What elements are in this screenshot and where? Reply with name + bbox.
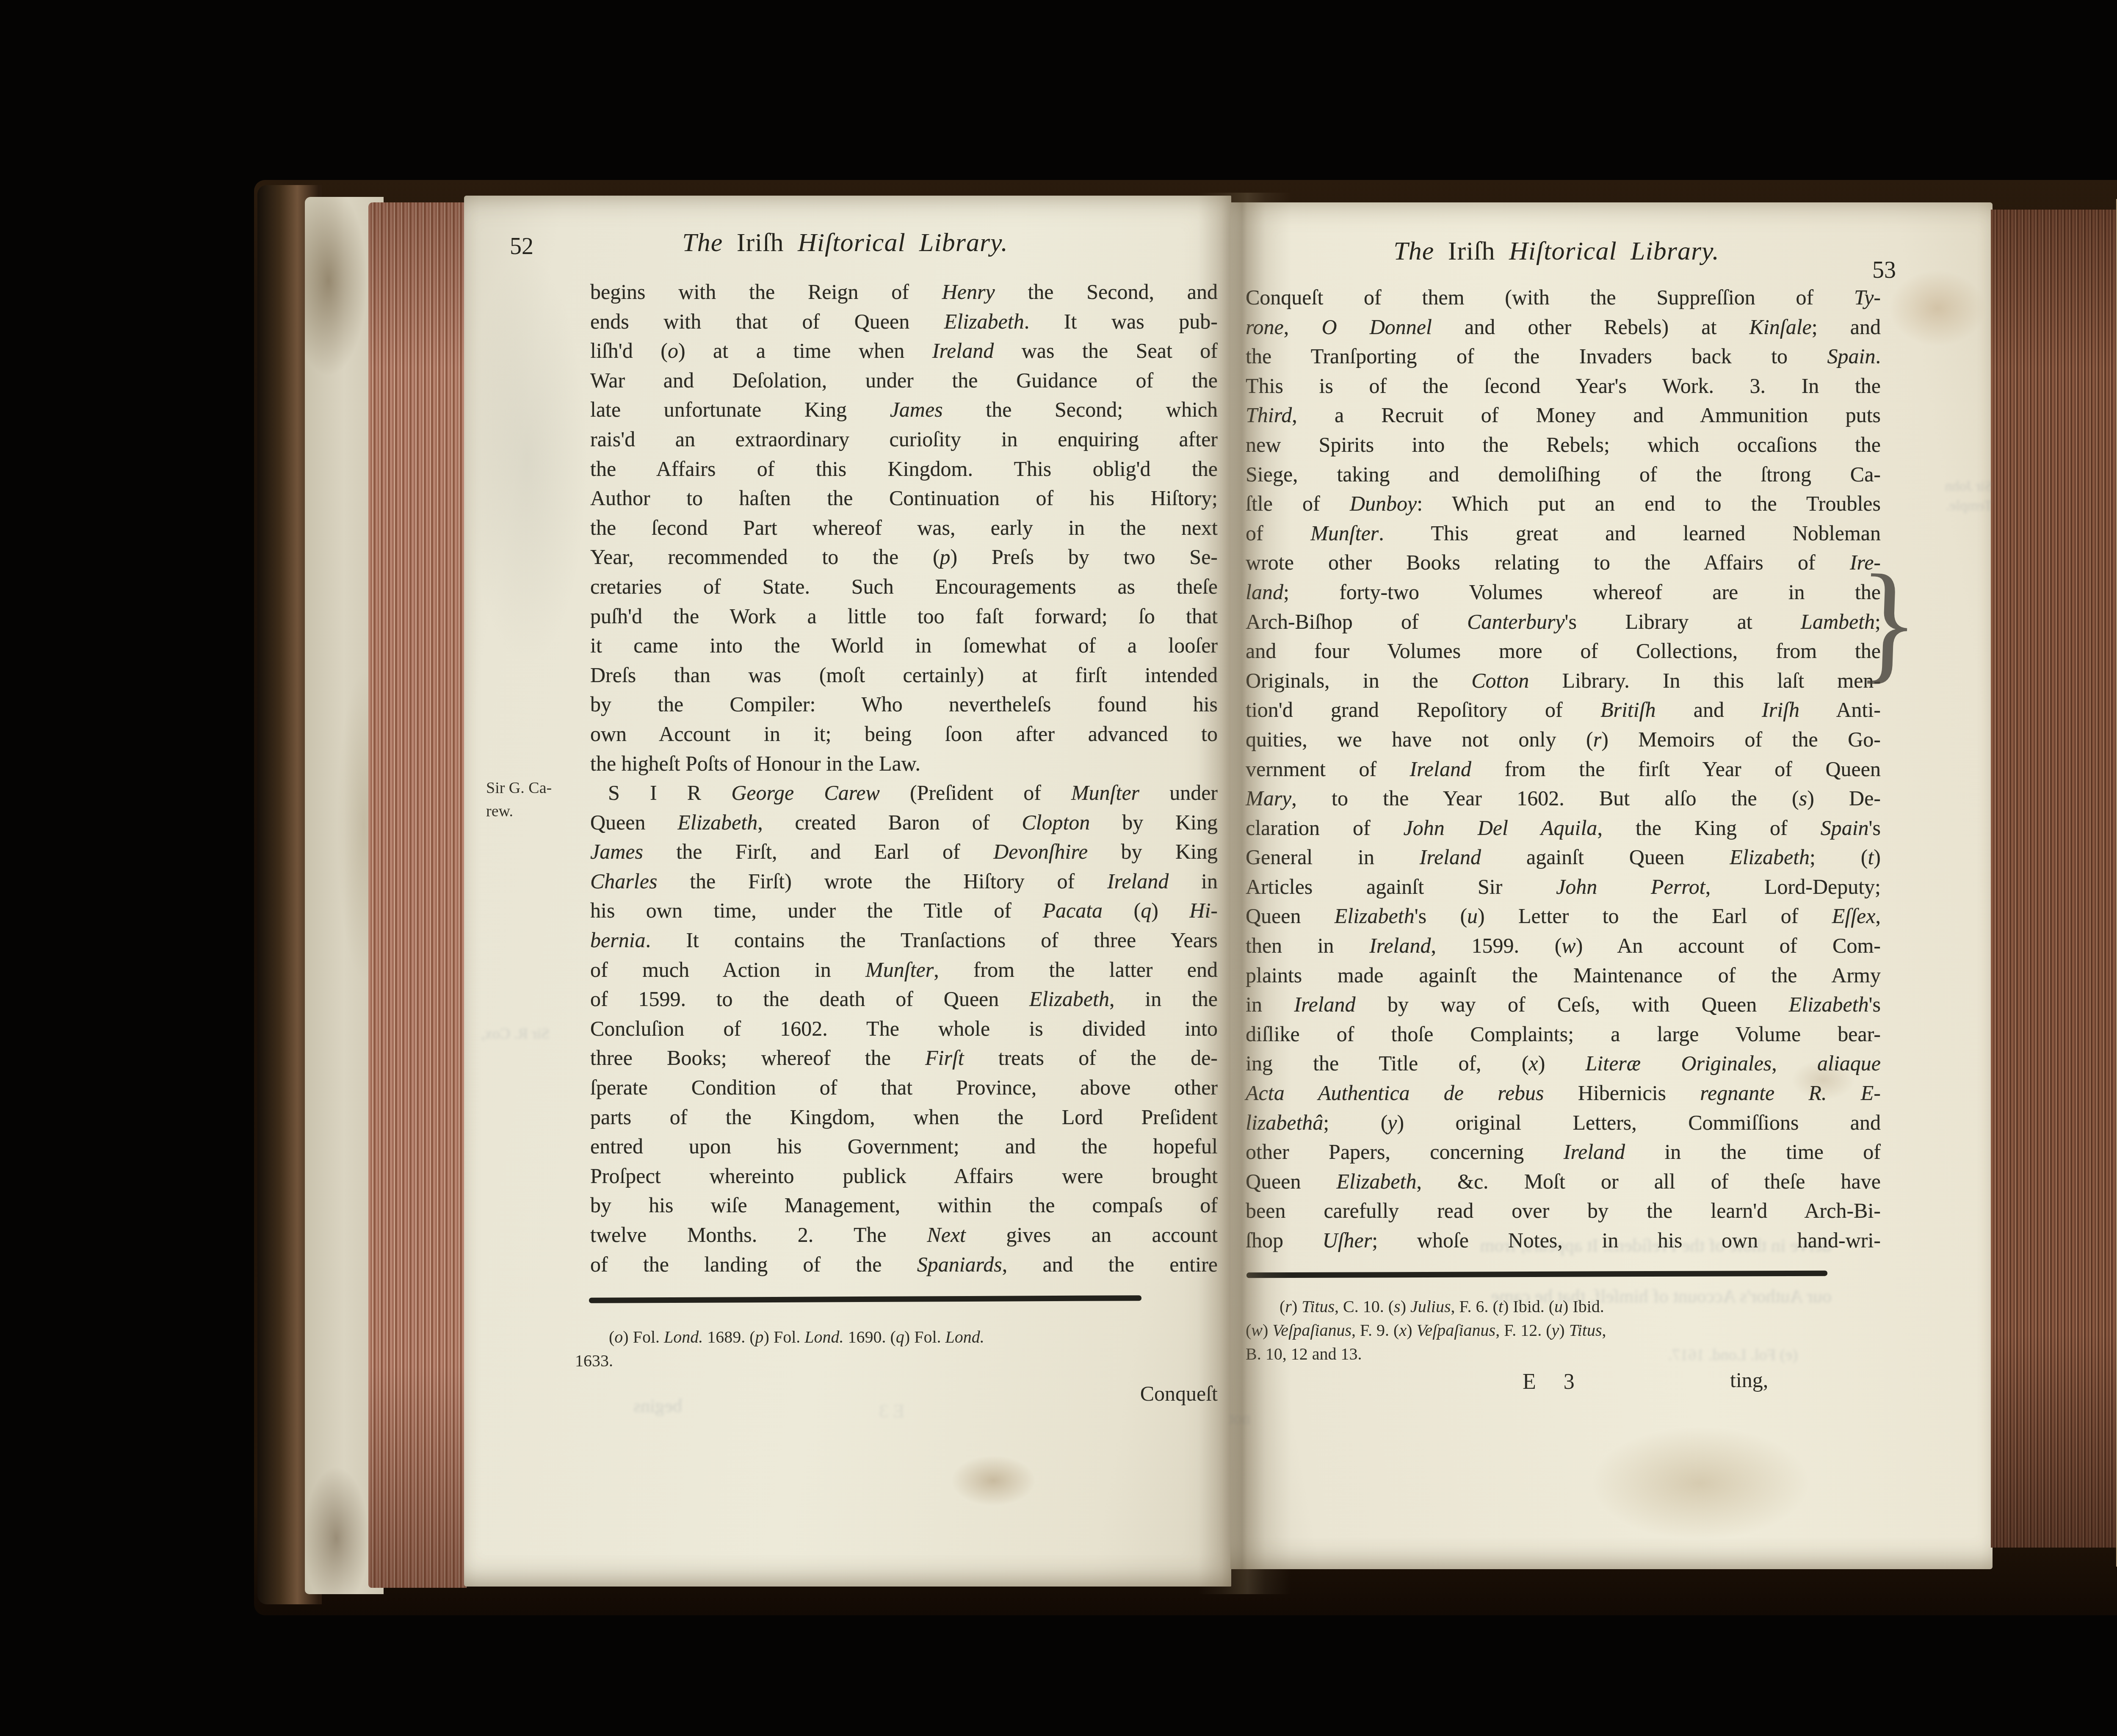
running-title-right: The Iriſh Hiſtorical Library. xyxy=(1294,236,1819,266)
text-line: Articles againſt Sir John Perrot, Lord-D… xyxy=(1246,872,1881,902)
text-line: bernia. It contains the Tranſactions of … xyxy=(590,926,1218,955)
text-line: the Tranſporting of the Invaders back to… xyxy=(1246,342,1881,371)
text-line: of the landing of the Spaniards, and the… xyxy=(590,1250,1218,1280)
text-line: This is of the ſecond Year's Work. 3. In… xyxy=(1246,371,1881,401)
right-fore-edge xyxy=(1991,210,2117,1548)
text-line: of Munſter. This great and learned Noble… xyxy=(1246,519,1881,548)
text-line: of much Action in Munſter, from the latt… xyxy=(590,955,1218,985)
text-line: (r) Titus, C. 10. (s) Julius, F. 6. (t) … xyxy=(1246,1295,1868,1319)
page-right: Sir John Temple. derve in thoſe of the P… xyxy=(1230,202,1993,1569)
running-title-left: The Iriſh Hiſtorical Library. xyxy=(612,228,1078,258)
catchword-right: ting, xyxy=(1730,1368,1768,1392)
text-line: other Papers, concerning Ireland in the … xyxy=(1246,1137,1881,1167)
text-line: ſtle of Dunboy: Which put an end to the … xyxy=(1246,489,1881,519)
text-line: ſperate Condition of that Province, abov… xyxy=(590,1073,1218,1103)
text-line: his own time, under the Title of Pacata … xyxy=(590,896,1218,926)
text-line: liſh'd (o) at a time when Ireland was th… xyxy=(590,336,1218,366)
text-line: Mary, to the Year 1602. But alſo the (s)… xyxy=(1246,784,1881,813)
text-line: Arch-Biſhop of Canterbury's Library at L… xyxy=(1246,607,1881,637)
text-line: Queen Elizabeth, created Baron of Clopto… xyxy=(590,808,1218,838)
text-line: parts of the Kingdom, when the Lord Preſ… xyxy=(590,1103,1218,1132)
text-line: lizabethâ; (y) original Letters, Commiſſ… xyxy=(1246,1108,1881,1138)
handwritten-brace-mark: } xyxy=(1856,554,1921,689)
margin-note-carew: Sir G. Ca-rew. xyxy=(486,777,592,823)
text-line: Acta Authentica de rebus Hibernicis regn… xyxy=(1246,1078,1881,1108)
left-fore-edge xyxy=(368,202,467,1588)
text-line: (w) Veſpaſianus, F. 9. (x) Veſpaſianus, … xyxy=(1246,1319,1868,1342)
text-line: and four Volumes more of Collections, fr… xyxy=(1246,636,1881,666)
text-line: in Ireland by way of Ceſs, with Queen El… xyxy=(1246,990,1881,1020)
text-line: B. 10, 12 and 13. xyxy=(1246,1342,1868,1366)
text-line: ſhop Uſher; whoſe Notes, in his own hand… xyxy=(1246,1226,1881,1255)
text-line: by the Compiler: Who nevertheleſs found … xyxy=(590,690,1218,719)
text-line: vernment of Ireland from the firſt Year … xyxy=(1246,755,1881,784)
text-line: claration of John Del Aquila, the King o… xyxy=(1246,813,1881,843)
text-line: Author to haſten the Continuation of his… xyxy=(590,484,1218,513)
text-line: rew. xyxy=(486,800,592,823)
text-line: then in Ireland, 1599. (w) An account of… xyxy=(1246,931,1881,961)
text-line: late unfortunate King James the Second; … xyxy=(590,395,1218,425)
text-line: Dreſs than was (moſt certainly) at firſt… xyxy=(590,661,1218,690)
text-line: Concluſion of 1602. The whole is divided… xyxy=(590,1014,1218,1044)
text-line: rone, O Donnel and other Rebels) at Kinſ… xyxy=(1246,312,1881,342)
page-left: Sir R. Cox, begins E 3 52 The Iriſh Hiſt… xyxy=(464,196,1231,1587)
footnotes-left: (o) Fol. Lond. 1689. (p) Fol. Lond. 1690… xyxy=(575,1325,1210,1373)
photo-background: Sir R. Cox, begins E 3 52 The Iriſh Hiſt… xyxy=(0,0,2117,1736)
footnotes-right: (r) Titus, C. 10. (s) Julius, F. 6. (t) … xyxy=(1246,1295,1868,1366)
text-line: S I R George Carew (Preſident of Munſter… xyxy=(590,778,1218,808)
book: Sir R. Cox, begins E 3 52 The Iriſh Hiſt… xyxy=(254,180,2117,1615)
stain xyxy=(1590,1426,1810,1540)
text-line: Conqueſt of them (with the Suppreſſion o… xyxy=(1246,283,1881,312)
text-line: diſlike of thoſe Complaints; a large Vol… xyxy=(1246,1020,1881,1049)
text-line: Sir G. Ca- xyxy=(486,777,592,800)
text-line: entred upon his Government; and the hope… xyxy=(590,1132,1218,1161)
text-line: twelve Months. 2. The Next gives an acco… xyxy=(590,1220,1218,1250)
text-line: General in Ireland againſt Queen Elizabe… xyxy=(1246,843,1881,872)
text-line: own Account in it; being ſoon after adva… xyxy=(590,719,1218,749)
text-line: Third, a Recruit of Money and Ammunition… xyxy=(1246,401,1881,430)
text-line: it came into the World in ſomewhat of a … xyxy=(590,631,1218,661)
text-line: wrote other Books relating to the Affair… xyxy=(1246,548,1881,578)
text-line: the ſecond Part whereof was, early in th… xyxy=(590,513,1218,543)
text-line: Charles the Firſt) wrote the Hiſtory of … xyxy=(590,867,1218,896)
text-line: by his wiſe Management, within the compa… xyxy=(590,1191,1218,1220)
text-line: Year, recommended to the (p) Preſs by tw… xyxy=(590,542,1218,572)
text-line: rais'd an extraordinary curioſity in enq… xyxy=(590,425,1218,454)
text-line: of 1599. to the death of Queen Elizabeth… xyxy=(590,984,1218,1014)
text-line: new Spirits into the Rebels; which occaſ… xyxy=(1246,430,1881,460)
text-line: been carefully read over by the learn'd … xyxy=(1246,1196,1881,1226)
text-line: tion'd grand Repoſitory of Britiſh and I… xyxy=(1246,695,1881,725)
text-line: James the Firſt, and Earl of Devonſhire … xyxy=(590,837,1218,867)
text-line: ing the Title of, (x) Literæ Originales,… xyxy=(1246,1049,1881,1078)
ghost-showthrough-word: not xyxy=(1229,1408,1250,1428)
ghost-margin-note-left: Sir R. Cox, xyxy=(481,1025,550,1042)
stain xyxy=(951,1455,1036,1506)
catchword-left: Conqueſt xyxy=(590,1381,1218,1406)
page-number-right: 53 xyxy=(1872,257,1896,284)
page-number-left: 52 xyxy=(510,233,533,260)
text-line: Queen Elizabeth, &c. Moſt or all of theſ… xyxy=(1246,1167,1881,1197)
stain xyxy=(1889,270,1986,346)
text-line: (o) Fol. Lond. 1689. (p) Fol. Lond. 1690… xyxy=(575,1325,1210,1349)
text-line: begins with the Reign of Henry the Secon… xyxy=(590,277,1218,307)
text-line: puſh'd the Work a little too faſt forwar… xyxy=(590,602,1218,631)
stain xyxy=(467,259,586,661)
text-line: Siege, taking and demoliſhing of the ſtr… xyxy=(1246,460,1881,489)
text-line: plaints made againſt the Maintenance of … xyxy=(1246,961,1881,990)
text-line: Proſpect whereinto publick Affairs were … xyxy=(590,1161,1218,1191)
signature-mark: E 3 xyxy=(1523,1369,1586,1394)
text-line: cretaries of State. Such Encouragements … xyxy=(590,572,1218,602)
text-line: the Affairs of this Kingdom. This oblig'… xyxy=(590,454,1218,484)
text-line: quities, we have not only (r) Memoirs of… xyxy=(1246,725,1881,755)
text-line: Originals, in the Cotton Library. In thi… xyxy=(1246,666,1881,696)
text-line: land; forty-two Volumes whereof are in t… xyxy=(1246,578,1881,607)
text-line: ends with that of Queen Elizabeth. It wa… xyxy=(590,307,1218,337)
right-page-text: Conqueſt of them (with the Suppreſſion o… xyxy=(1246,283,1881,1255)
text-line: Queen Elizabeth's (u) Letter to the Earl… xyxy=(1246,901,1881,931)
text-line: War and Deſolation, under the Guidance o… xyxy=(590,366,1218,395)
left-page-text: begins with the Reign of Henry the Secon… xyxy=(590,277,1218,1279)
text-line: three Books; whereof the Firſt treats of… xyxy=(590,1043,1218,1073)
text-line: 1633. xyxy=(575,1349,1210,1373)
